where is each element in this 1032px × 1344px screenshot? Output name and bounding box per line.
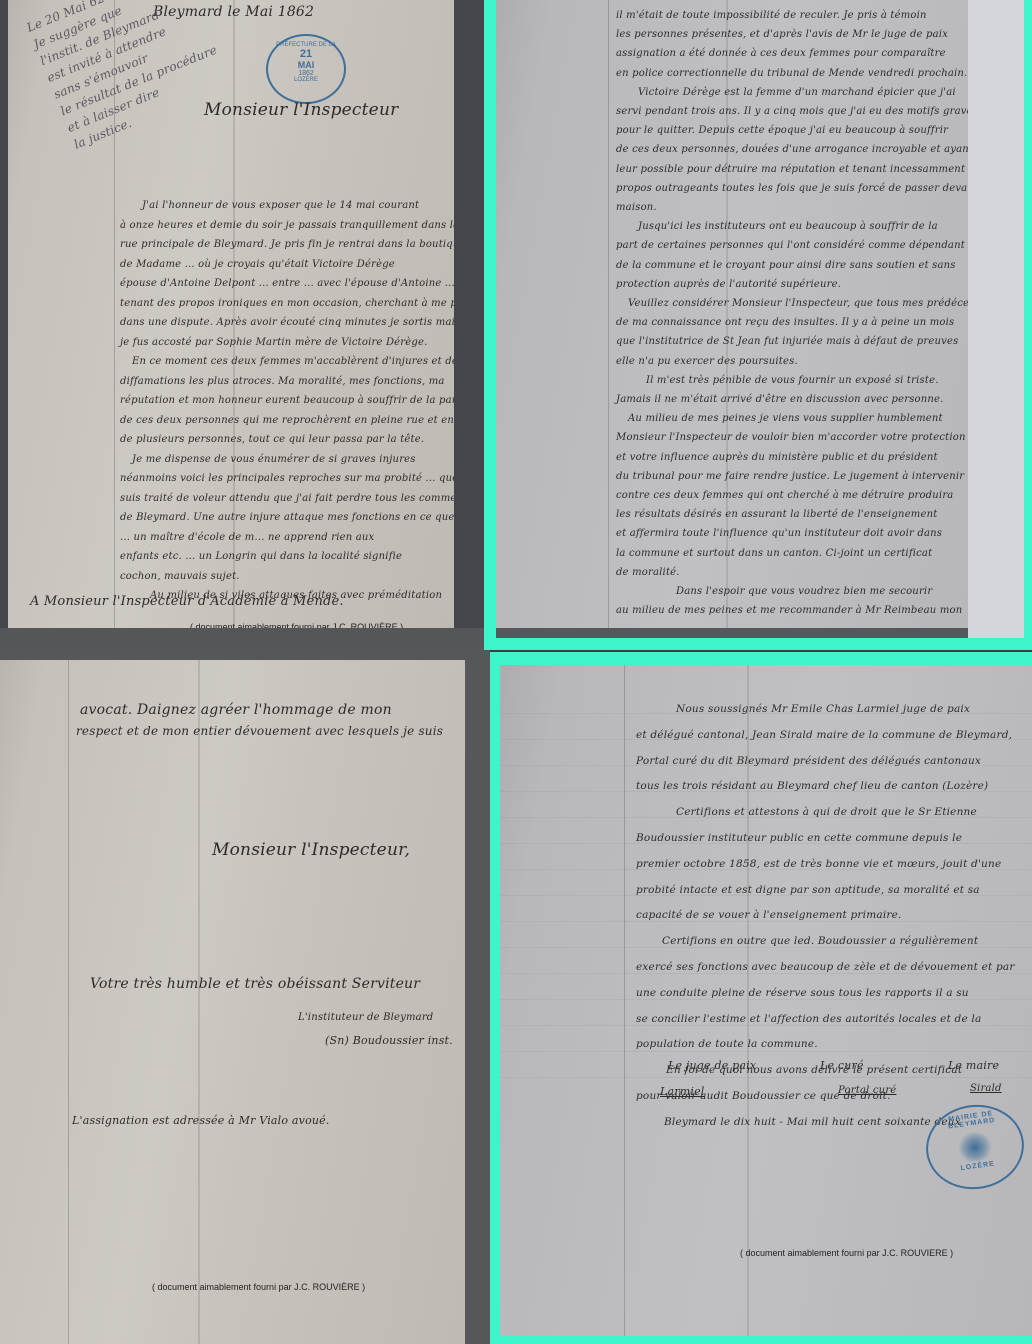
signature: (Sn) Boudoussier inst. <box>325 1034 453 1047</box>
signatory-title-mayor: Le maire <box>948 1059 999 1072</box>
footnote: L'assignation est adressée à Mr Vialo av… <box>72 1114 330 1127</box>
prefecture-stamp: PRÉFECTURE DE LA 21 MAI 1862 LOZÈRE <box>266 34 346 104</box>
address-line: A Monsieur l'Inspecteur d'Académie à Men… <box>30 594 344 609</box>
page-2-photo: il m'était de toute impossibilité de rec… <box>496 0 1024 638</box>
closing-line-2: respect et de mon entier dévouement avec… <box>76 724 443 738</box>
page-4-paper: Nous soussignés Mr Emile Chas Larmiel ju… <box>500 665 1032 1336</box>
page-3-photo: avocat. Daignez agréer l'hommage de mon … <box>0 650 490 1344</box>
page-4-photo: Nous soussignés Mr Emile Chas Larmiel ju… <box>500 665 1032 1336</box>
table-edge <box>0 628 484 650</box>
page-1-paper: Bleymard le Mai 1862 Le 20 Mai 62 Je sug… <box>8 0 454 650</box>
letter-body: J'ai l'honneur de vous exposer que le 14… <box>120 196 450 606</box>
signature-priest: Portal curé <box>838 1085 896 1096</box>
table-edge <box>496 628 968 638</box>
signature-title: L'instituteur de Bleymard <box>298 1012 433 1023</box>
complimentary-close: Votre très humble et très obéissant Serv… <box>90 976 420 992</box>
salutation: Monsieur l'Inspecteur, <box>212 840 410 860</box>
margin-note: Le 20 Mai 62 Je suggère que l'instit. de… <box>24 0 233 154</box>
eagle-emblem-icon <box>956 1129 994 1163</box>
signatory-title-judge: Le juge de paix <box>668 1059 756 1072</box>
margin-line <box>68 660 69 1344</box>
signatory-title-priest: Le curé <box>820 1059 864 1072</box>
attribution-caption: ( document aimablement fourni par J.C. R… <box>740 1248 953 1258</box>
margin-line <box>608 0 609 638</box>
signature-mayor: Sirald <box>970 1083 1002 1094</box>
page-2-paper: il m'était de toute impossibilité de rec… <box>496 0 968 638</box>
closing-line-1: avocat. Daignez agréer l'hommage de mon <box>80 702 392 718</box>
page-3-paper: avocat. Daignez agréer l'hommage de mon … <box>0 660 465 1344</box>
signature-judge: Larmiel <box>660 1085 705 1098</box>
attribution-caption: ( document aimablement fourni par J.C. R… <box>152 1282 365 1292</box>
salutation: Monsieur l'Inspecteur <box>204 100 398 120</box>
fold-crease <box>198 660 200 1344</box>
page-1-photo: Bleymard le Mai 1862 Le 20 Mai 62 Je sug… <box>0 0 484 650</box>
letter-body: il m'était de toute impossibilité de rec… <box>616 6 966 621</box>
